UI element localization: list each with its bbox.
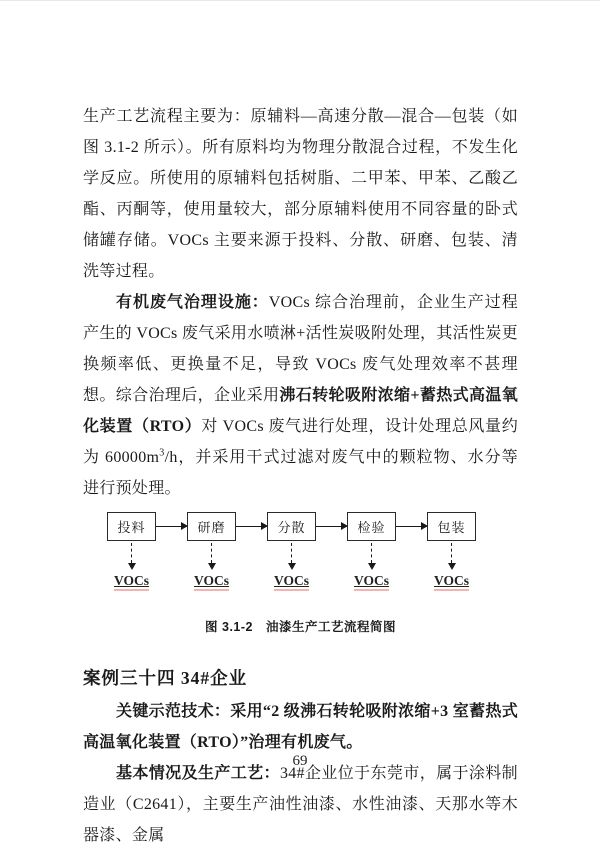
right-arrow-icon — [316, 526, 347, 527]
vocs-emission-label: VOCs — [354, 573, 389, 591]
arrowhead-icon — [368, 563, 376, 570]
page-number: 69 — [0, 753, 600, 770]
stage-box: 包装 — [427, 512, 476, 541]
stage-box: 投料 — [107, 512, 156, 541]
flow-stage-grinding: 研磨 VOCs — [187, 512, 236, 591]
dashed-line — [371, 543, 372, 563]
arrowhead-icon — [208, 563, 216, 570]
right-arrow-icon — [156, 526, 187, 527]
down-arrow-dashed-icon — [128, 543, 136, 570]
arrowhead-icon — [128, 563, 136, 570]
paragraph-treatment-facility: 有机废气治理设施：VOCs 综合治理前，企业生产过程产生的 VOCs 废气采用水… — [83, 287, 518, 504]
down-arrow-dashed-icon — [288, 543, 296, 570]
paragraph-lead-key-tech: 关键示范技术： — [116, 703, 230, 720]
flow-stage-packaging: 包装 VOCs — [427, 512, 476, 591]
down-arrow-dashed-icon — [368, 543, 376, 570]
arrowhead-icon — [288, 563, 296, 570]
document-page: 生产工艺流程主要为：原辅料—高速分散—混合—包装（如图 3.1-2 所示）。所有… — [0, 0, 600, 848]
right-arrow-icon — [396, 526, 427, 527]
stage-box: 分散 — [267, 512, 316, 541]
process-flow-diagram: 投料 VOCs 研磨 VOCs 分散 — [107, 512, 518, 591]
flow-stage-dispersing: 分散 VOCs — [267, 512, 316, 591]
dashed-line — [291, 543, 292, 563]
down-arrow-dashed-icon — [208, 543, 216, 570]
vocs-emission-label: VOCs — [434, 573, 469, 591]
vocs-emission-label: VOCs — [274, 573, 309, 591]
paragraph-process-flow: 生产工艺流程主要为：原辅料—高速分散—混合—包装（如图 3.1-2 所示）。所有… — [83, 101, 518, 287]
dashed-line — [451, 543, 452, 563]
case-heading: 案例三十四 34#企业 — [83, 665, 518, 690]
flow-stage-inspection: 检验 VOCs — [347, 512, 396, 591]
right-arrow-icon — [236, 526, 267, 527]
dashed-line — [211, 543, 212, 563]
stage-box: 研磨 — [187, 512, 236, 541]
figure-caption: 图 3.1-2 油漆生产工艺流程简图 — [83, 617, 518, 635]
arrowhead-icon — [448, 563, 456, 570]
vocs-emission-label: VOCs — [114, 573, 149, 591]
dashed-line — [131, 543, 132, 563]
paragraph-lead-treatment: 有机废气治理设施： — [116, 294, 269, 311]
page-content: 生产工艺流程主要为：原辅料—高速分散—混合—包装（如图 3.1-2 所示）。所有… — [83, 101, 518, 848]
paragraph-key-technology: 关键示范技术：采用“2 级沸石转轮吸附浓缩+3 室蓄热式高温氧化装置（RTO）”… — [83, 696, 518, 758]
vocs-emission-label: VOCs — [194, 573, 229, 591]
paragraph-basic-info: 基本情况及生产工艺：34#企业位于东莞市，属于涂料制造业（C2641），主要生产… — [83, 758, 518, 848]
flow-stage-feeding: 投料 VOCs — [107, 512, 156, 591]
stage-box: 检验 — [347, 512, 396, 541]
down-arrow-dashed-icon — [448, 543, 456, 570]
